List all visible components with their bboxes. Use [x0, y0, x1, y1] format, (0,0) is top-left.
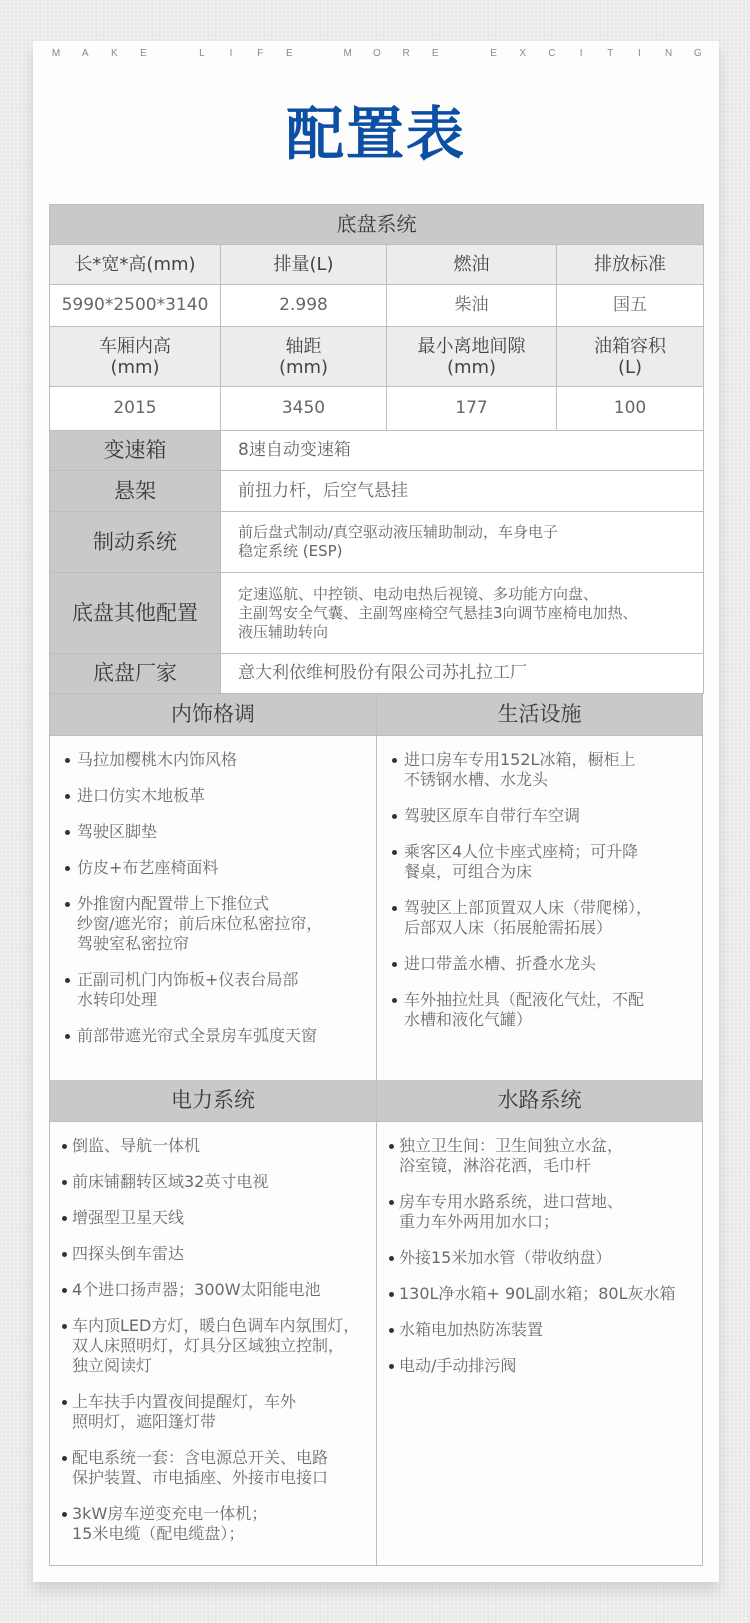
spec-label: 车厢内高 (mm) — [50, 327, 221, 387]
detail-label: 悬架 — [50, 471, 221, 512]
spec-value: 2015 — [50, 387, 221, 431]
spec-label: 油箱容积 (L) — [557, 327, 704, 387]
water-list: 独立卫生间：卫生间独立水盆， 浴室镜，淋浴花洒，毛巾杆 房车专用水路系统，进口营… — [377, 1122, 702, 1376]
tagline-letter: G — [692, 48, 704, 62]
detail-label: 制动系统 — [50, 512, 221, 573]
detail-label: 变速箱 — [50, 431, 221, 471]
list-item: 上车扶手内置夜间提醒灯，车外 照明灯，遮阳篷灯带 — [64, 1392, 366, 1432]
list-item: 马拉加樱桃木内饰风格 — [64, 750, 366, 770]
list-item: 车外抽拉灶具（配液化气灶，不配 水槽和液化气罐） — [391, 990, 692, 1030]
list-item: 驾驶区原车自带行车空调 — [391, 806, 692, 826]
power-list: 倒监、导航一体机 前床铺翻转区域32英寸电视 增强型卫星天线 四探头倒车雷达 4… — [50, 1122, 376, 1544]
spec-value: 柴油 — [387, 285, 557, 327]
list-item: 3kW房车逆变充电一体机； 15米电缆（配电缆盘）； — [64, 1504, 366, 1544]
detail-value: 意大利依维柯股份有限公司苏扎拉工厂 — [221, 654, 704, 694]
interior-living-section: 内饰格调 马拉加樱桃木内饰风格 进口仿实木地板革 驾驶区脚垫 仿皮+布艺座椅面料… — [49, 694, 703, 1081]
tagline-letter: O — [371, 48, 383, 62]
spec-label-unit: (L) — [557, 357, 703, 378]
tagline: M A K E L I F E M O R E E X C I T I N G — [33, 48, 719, 62]
spec-value: 177 — [387, 387, 557, 431]
tagline-letter: I — [225, 48, 237, 62]
list-item: 进口仿实木地板革 — [64, 786, 366, 806]
list-item: 电动/手动排污阀 — [391, 1356, 692, 1376]
chassis-header-row: 底盘系统 — [50, 205, 704, 245]
spec-label-unit: (mm) — [221, 357, 386, 378]
spec-label: 排量(L) — [221, 245, 387, 285]
interior-header: 内饰格调 — [50, 694, 376, 736]
tagline-letter — [167, 48, 179, 62]
detail-row-manufacturer: 底盘厂家 意大利依维柯股份有限公司苏扎拉工厂 — [50, 654, 704, 694]
water-column: 水路系统 独立卫生间：卫生间独立水盆， 浴室镜，淋浴花洒，毛巾杆 房车专用水路系… — [376, 1080, 702, 1565]
power-water-section: 电力系统 倒监、导航一体机 前床铺翻转区域32英寸电视 增强型卫星天线 四探头倒… — [49, 1080, 703, 1566]
list-item: 配电系统一套：含电源总开关、电路 保护装置、市电插座、外接市电接口 — [64, 1448, 366, 1488]
living-column: 生活设施 进口房车专用152L冰箱，橱柜上 不锈钢水槽、水龙头 驾驶区原车自带行… — [376, 694, 702, 1081]
spec-label-unit: (mm) — [50, 357, 220, 378]
list-item: 倒监、导航一体机 — [64, 1136, 366, 1156]
living-list: 进口房车专用152L冰箱，橱柜上 不锈钢水槽、水龙头 驾驶区原车自带行车空调 乘… — [377, 736, 702, 1030]
spec-label-row: 车厢内高 (mm) 轴距 (mm) 最小离地间隙 (mm) 油箱容积 (L) — [50, 327, 704, 387]
list-item: 驾驶区脚垫 — [64, 822, 366, 842]
tagline-letter — [313, 48, 325, 62]
detail-label: 底盘厂家 — [50, 654, 221, 694]
tagline-letter: E — [429, 48, 441, 62]
tagline-letter: A — [79, 48, 91, 62]
spec-value: 5990*2500*3140 — [50, 285, 221, 327]
list-item: 正副司机门内饰板+仪表台局部 水转印处理 — [64, 970, 366, 1010]
tagline-letter: I — [575, 48, 587, 62]
spec-value: 国五 — [557, 285, 704, 327]
chassis-spec-table: 底盘系统 长*宽*高(mm) 排量(L) 燃油 排放标准 5990*2500*3… — [49, 204, 704, 694]
detail-row-suspension: 悬架 前扭力杆，后空气悬挂 — [50, 471, 704, 512]
tagline-letter: L — [196, 48, 208, 62]
list-item: 进口房车专用152L冰箱，橱柜上 不锈钢水槽、水龙头 — [391, 750, 692, 790]
spec-label-line: 最小离地间隙 — [387, 336, 556, 357]
tagline-letter: E — [488, 48, 500, 62]
tagline-letter: X — [517, 48, 529, 62]
list-item: 房车专用水路系统，进口营地、 重力车外两用加水口； — [391, 1192, 692, 1232]
power-column: 电力系统 倒监、导航一体机 前床铺翻转区域32英寸电视 增强型卫星天线 四探头倒… — [50, 1080, 376, 1565]
tagline-letter: E — [138, 48, 150, 62]
list-item: 独立卫生间：卫生间独立水盆， 浴室镜，淋浴花洒，毛巾杆 — [391, 1136, 692, 1176]
spec-value: 3450 — [221, 387, 387, 431]
detail-label: 底盘其他配置 — [50, 573, 221, 654]
spec-label-row: 长*宽*高(mm) 排量(L) 燃油 排放标准 — [50, 245, 704, 285]
list-item: 前部带遮光帘式全景房车弧度天窗 — [64, 1026, 366, 1046]
tagline-letter: I — [633, 48, 645, 62]
water-header: 水路系统 — [377, 1080, 702, 1122]
detail-value: 定速巡航、中控锁、电动电热后视镜、多功能方向盘、 主副驾安全气囊、主副驾座椅空气… — [221, 573, 704, 654]
spec-label: 长*宽*高(mm) — [50, 245, 221, 285]
spec-label: 轴距 (mm) — [221, 327, 387, 387]
tagline-letter: C — [546, 48, 558, 62]
chassis-header: 底盘系统 — [50, 205, 704, 245]
spec-value: 100 — [557, 387, 704, 431]
detail-value: 8速自动变速箱 — [221, 431, 704, 471]
tagline-letter: R — [400, 48, 412, 62]
spec-label: 燃油 — [387, 245, 557, 285]
list-item: 仿皮+布艺座椅面料 — [64, 858, 366, 878]
tagline-letter — [458, 48, 470, 62]
page-title: 配置表 — [33, 99, 719, 169]
detail-row-brakes: 制动系统 前后盘式制动/真空驱动液压辅助制动，车身电子 稳定系统 (ESP) — [50, 512, 704, 573]
list-item: 四探头倒车雷达 — [64, 1244, 366, 1264]
spec-value-row: 5990*2500*3140 2.998 柴油 国五 — [50, 285, 704, 327]
spec-value: 2.998 — [221, 285, 387, 327]
detail-value: 前后盘式制动/真空驱动液压辅助制动，车身电子 稳定系统 (ESP) — [221, 512, 704, 573]
spec-label: 排放标准 — [557, 245, 704, 285]
list-item: 增强型卫星天线 — [64, 1208, 366, 1228]
list-item: 进口带盖水槽、折叠水龙头 — [391, 954, 692, 974]
power-header: 电力系统 — [50, 1080, 376, 1122]
interior-column: 内饰格调 马拉加樱桃木内饰风格 进口仿实木地板革 驾驶区脚垫 仿皮+布艺座椅面料… — [50, 694, 376, 1081]
interior-list: 马拉加樱桃木内饰风格 进口仿实木地板革 驾驶区脚垫 仿皮+布艺座椅面料 外推窗内… — [50, 736, 376, 1046]
list-item: 车内顶LED方灯，暖白色调车内氛围灯， 双人床照明灯，灯具分区域独立控制， 独立… — [64, 1316, 366, 1376]
spec-label-line: 油箱容积 — [557, 336, 703, 357]
detail-row-transmission: 变速箱 8速自动变速箱 — [50, 431, 704, 471]
spec-label-line: 轴距 — [221, 336, 386, 357]
living-header: 生活设施 — [377, 694, 702, 736]
list-item: 前床铺翻转区域32英寸电视 — [64, 1172, 366, 1192]
list-item: 外推窗内配置带上下推位式 纱窗/遮光帘；前后床位私密拉帘， 驾驶室私密拉帘 — [64, 894, 366, 954]
tagline-letter: M — [342, 48, 354, 62]
list-item: 4个进口扬声器；300W太阳能电池 — [64, 1280, 366, 1300]
tagline-letter: E — [283, 48, 295, 62]
list-item: 外接15米加水管（带收纳盘） — [391, 1248, 692, 1268]
spec-label-line: 车厢内高 — [50, 336, 220, 357]
spec-value-row: 2015 3450 177 100 — [50, 387, 704, 431]
detail-row-other-config: 底盘其他配置 定速巡航、中控锁、电动电热后视镜、多功能方向盘、 主副驾安全气囊、… — [50, 573, 704, 654]
list-item: 130L净水箱+ 90L副水箱；80L灰水箱 — [391, 1284, 692, 1304]
list-item: 驾驶区上部顶置双人床（带爬梯）， 后部双人床（拓展舱需拓展） — [391, 898, 692, 938]
spec-label: 最小离地间隙 (mm) — [387, 327, 557, 387]
tagline-letter: M — [50, 48, 62, 62]
tagline-letter: T — [604, 48, 616, 62]
tagline-letter: N — [663, 48, 675, 62]
list-item: 水箱电加热防冻装置 — [391, 1320, 692, 1340]
detail-value: 前扭力杆，后空气悬挂 — [221, 471, 704, 512]
spec-label-unit: (mm) — [387, 357, 556, 378]
tagline-letter: F — [254, 48, 266, 62]
tagline-letter: K — [108, 48, 120, 62]
config-card: M A K E L I F E M O R E E X C I T I N G … — [33, 41, 719, 1582]
list-item: 乘客区4人位卡座式座椅；可升降 餐桌，可组合为床 — [391, 842, 692, 882]
